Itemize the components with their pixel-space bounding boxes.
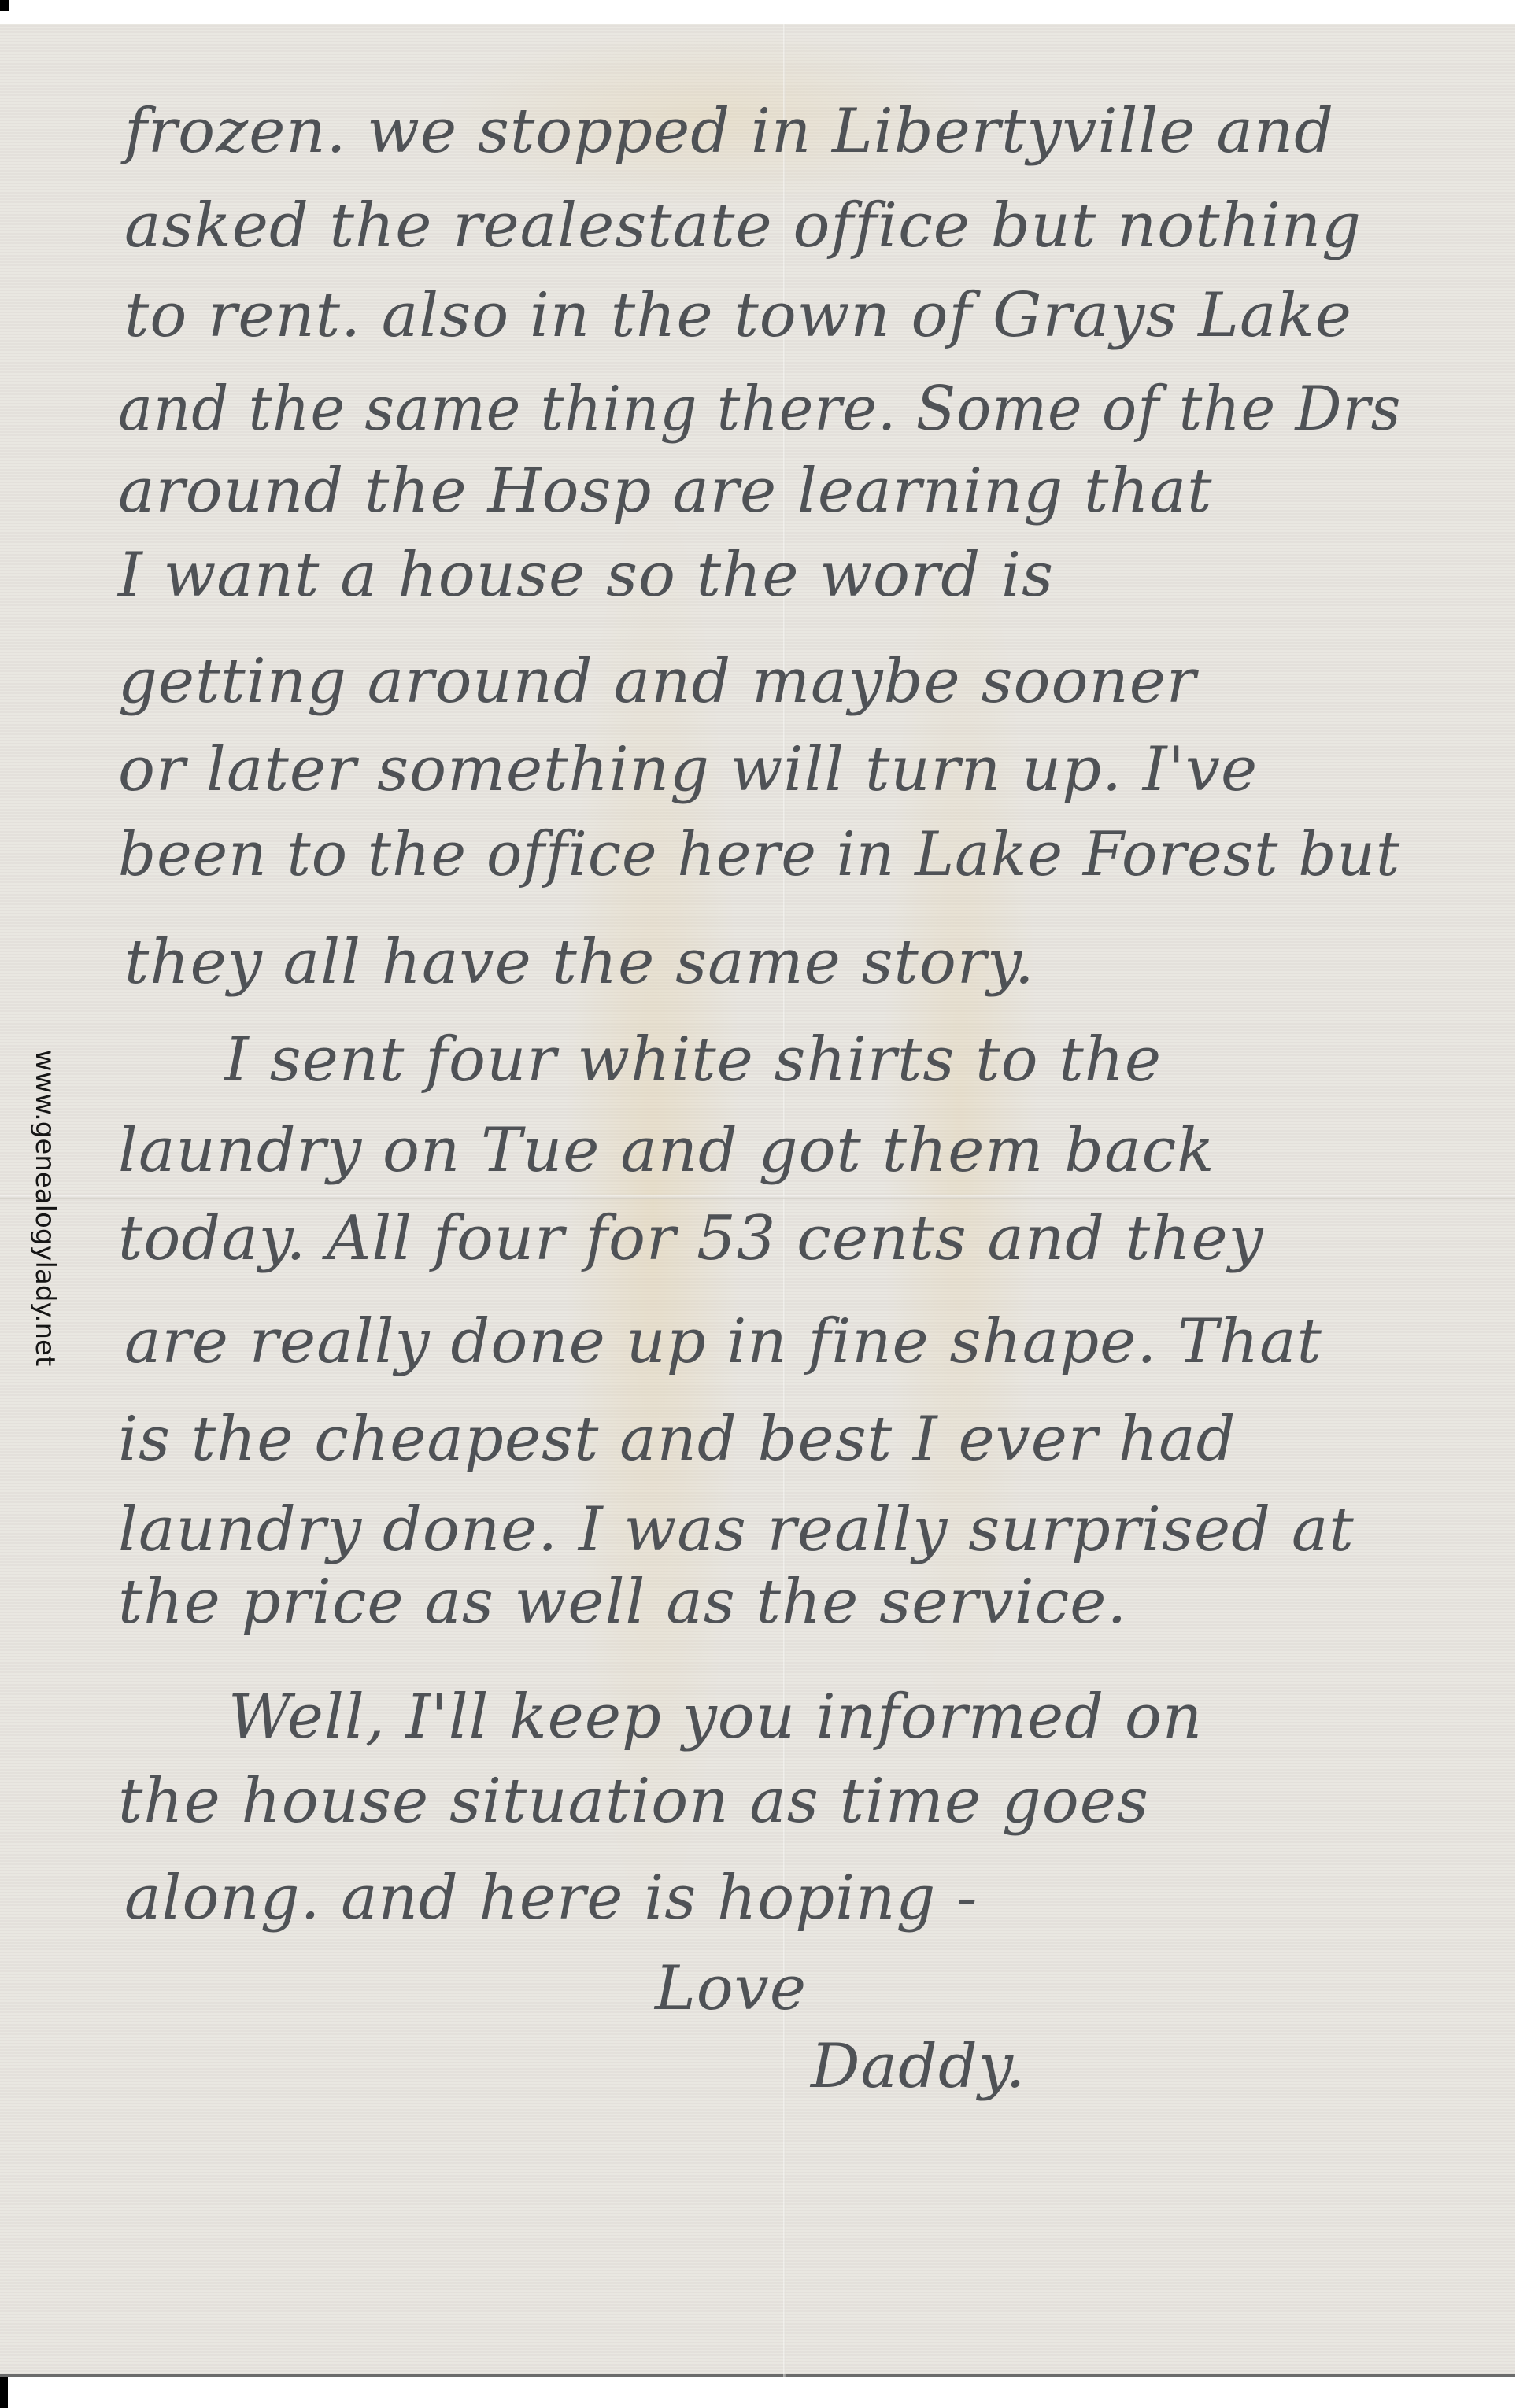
- letter-closing: Love: [655, 1958, 807, 2019]
- letter-line: laundry done. I was really surprised at: [118, 1499, 1355, 1560]
- scan-edge-mark-bottom: [0, 2374, 8, 2408]
- letter-line: and the same thing there. Some of the Dr…: [118, 379, 1401, 440]
- letter-line: I want a house so the word is: [118, 545, 1054, 606]
- letter-line: Well, I'll keep you informed on: [228, 1686, 1203, 1748]
- letter-line: today. All four for 53 cents and they: [118, 1208, 1264, 1269]
- letter-line: is the cheapest and best I ever had: [118, 1409, 1237, 1470]
- letter-line: to rent. also in the town of Grays Lake: [124, 285, 1352, 346]
- letter-line: I sent four white shirts to the: [224, 1029, 1162, 1091]
- letter-line: they all have the same story.: [124, 932, 1035, 993]
- letter-line: the price as well as the service.: [118, 1571, 1127, 1633]
- letter-line: frozen. we stopped in Libertyville and: [124, 101, 1334, 162]
- letter-line: laundry on Tue and got them back: [118, 1120, 1215, 1181]
- letter-line: the house situation as time goes: [118, 1771, 1149, 1832]
- letter-line: getting around and maybe sooner: [118, 651, 1196, 712]
- letter-line: or later something will turn up. I've: [118, 739, 1258, 800]
- letter-line: along. and here is hoping -: [124, 1867, 978, 1929]
- letter-line: are really done up in fine shape. That: [124, 1311, 1322, 1372]
- letter-line: around the Hosp are learning that: [118, 460, 1212, 522]
- horizontal-fold-crease: [0, 1195, 1515, 1199]
- letter-line: asked the realestate office but nothing: [124, 195, 1362, 257]
- letter-line: been to the office here in Lake Forest b…: [118, 824, 1400, 885]
- letter-signature: Daddy.: [811, 2036, 1026, 2097]
- watermark: www.genealogylady.net: [29, 1050, 61, 1367]
- scan-edge-mark-top: [0, 0, 9, 11]
